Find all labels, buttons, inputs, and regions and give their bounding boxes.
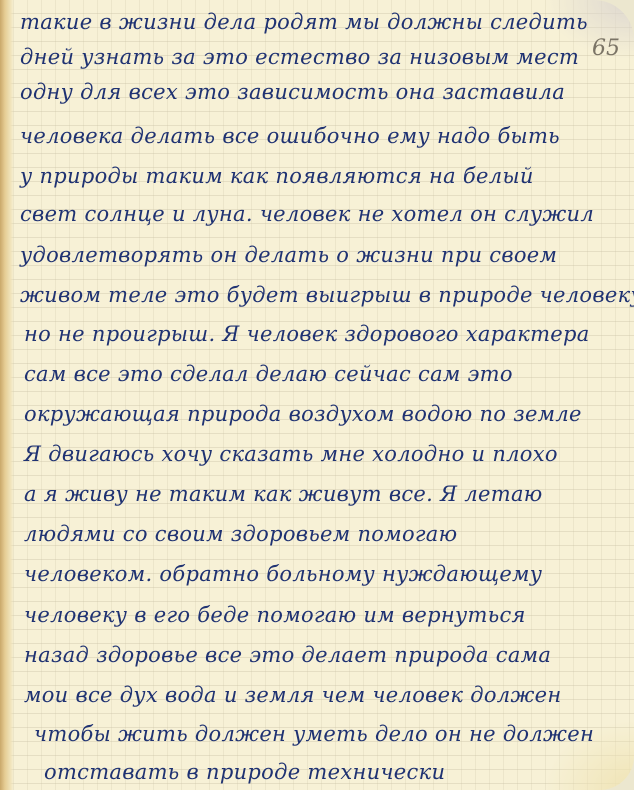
- notebook-page: 65 такие в жизни дела родят мы должны сл…: [0, 0, 634, 790]
- text-line: одну для всех это зависимость она застав…: [20, 80, 565, 104]
- text-line: сам все это сделал делаю сейчас сам это: [24, 362, 513, 386]
- text-line: отставать в природе технически: [44, 760, 445, 784]
- text-line: но не проигрыш. Я человек здорового хара…: [24, 322, 590, 346]
- page-number: 65: [592, 36, 620, 61]
- text-line: живом теле это будет выигрыш в природе ч…: [20, 283, 634, 307]
- text-line: человека делать все ошибочно ему надо бы…: [20, 124, 560, 148]
- text-line: свет солнце и луна. человек не хотел он …: [20, 202, 594, 226]
- text-line: окружающая природа воздухом водою по зем…: [24, 402, 582, 426]
- notebook-binding-edge: [0, 0, 14, 790]
- text-line: а я живу не таким как живут все. Я летаю: [24, 482, 543, 506]
- text-line: такие в жизни дела родят мы должны следи…: [20, 10, 588, 34]
- text-line: удовлетворять он делать о жизни при свое…: [20, 243, 557, 267]
- text-line: Я двигаюсь хочу сказать мне холодно и пл…: [24, 442, 558, 466]
- text-line: человеку в его беде помогаю им вернуться: [24, 603, 526, 627]
- text-line: дней узнать за это естество за низовым м…: [20, 45, 579, 69]
- text-line: у природы таким как появляются на белый: [20, 164, 534, 188]
- text-line: назад здоровье все это делает природа са…: [24, 643, 551, 667]
- text-line: мои все дух вода и земля чем человек дол…: [24, 683, 561, 707]
- text-line: людями со своим здоровьем помогаю: [24, 522, 457, 546]
- text-line: чтобы жить должен уметь дело он не долже…: [34, 722, 594, 746]
- text-line: человеком. обратно больному нуждающему: [24, 562, 542, 586]
